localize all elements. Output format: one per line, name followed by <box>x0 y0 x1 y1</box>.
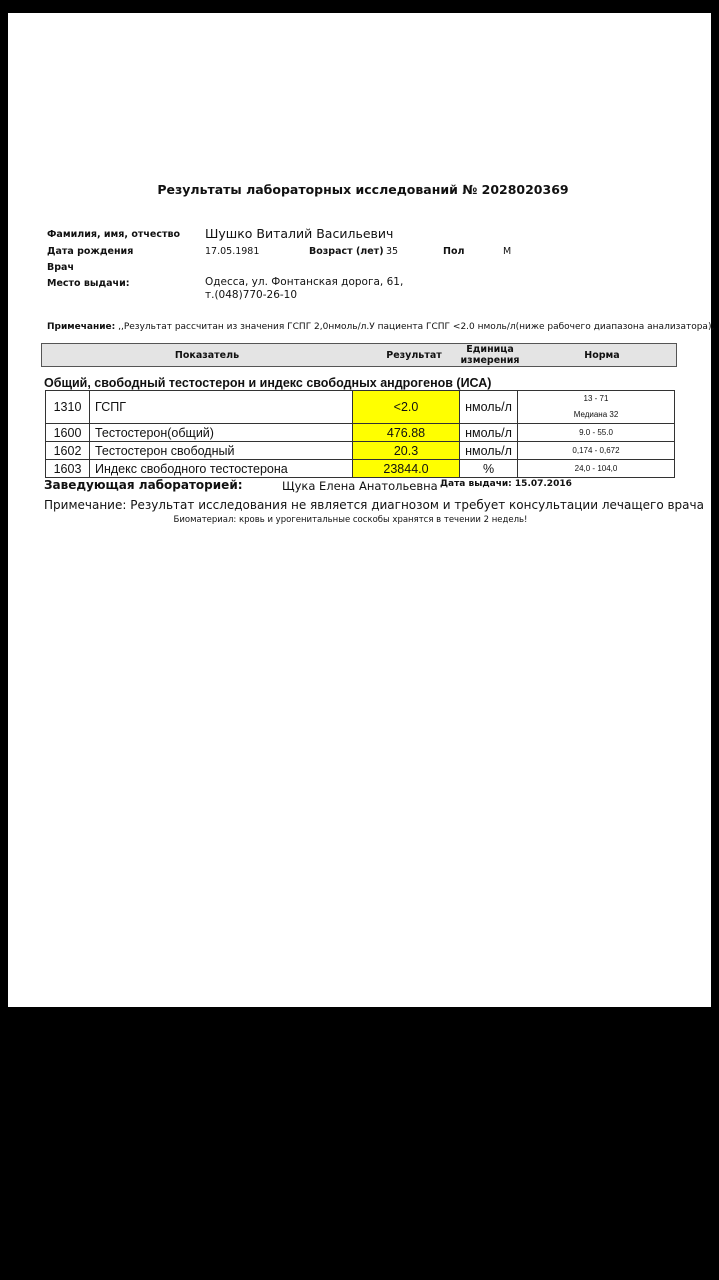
header-indicator: Показатель <box>42 350 372 361</box>
sex-label: Пол <box>443 246 464 257</box>
table-row: 1600Тестостерон(общий)476.88нмоль/л9.0 -… <box>46 424 675 442</box>
row-unit: % <box>460 460 518 478</box>
biomaterial-note: Биоматериал: кровь и урогенитальные соск… <box>8 515 693 525</box>
row-result: 476.88 <box>353 424 460 442</box>
header-unit-line-2: измерения <box>455 355 525 366</box>
row-code: 1603 <box>46 460 90 478</box>
header-norm: Норма <box>532 350 672 361</box>
row-norm-line-1: 24,0 - 104,0 <box>523 461 669 477</box>
doctor-label: Врач <box>47 262 74 273</box>
header-unit: Единица измерения <box>455 344 525 366</box>
row-norm: 9.0 - 55.0 <box>518 424 675 442</box>
row-name: Тестостерон(общий) <box>90 424 353 442</box>
row-norm: 13 - 71Медиана 32 <box>518 391 675 424</box>
header-unit-line-1: Единица <box>455 344 525 355</box>
row-norm-line-1: 13 - 71 <box>523 391 669 407</box>
calc-note: Примечание: ,,Результат рассчитан из зна… <box>47 322 714 332</box>
row-norm-line-1: 9.0 - 55.0 <box>523 425 669 441</box>
lab-head-name: Щука Елена Анатольевна <box>282 479 438 493</box>
row-name: Тестостерон свободный <box>90 442 353 460</box>
sex-value: М <box>503 246 511 257</box>
table-header: Показатель Результат Единица измерения Н… <box>41 343 677 367</box>
lab-report-page: Результаты лабораторных исследований № 2… <box>8 13 711 1007</box>
section-title: Общий, свободный тестостерон и индекс св… <box>44 376 491 390</box>
header-result: Результат <box>378 350 450 361</box>
calc-note-label: Примечание: <box>47 322 115 332</box>
issue-date-value: 15.07.2016 <box>515 479 572 489</box>
issue-date-label: Дата выдачи: <box>440 479 512 489</box>
row-result: 23844.0 <box>353 460 460 478</box>
row-name: Индекс свободного тестостерона <box>90 460 353 478</box>
table-row: 1602Тестостерон свободный20.3нмоль/л0,17… <box>46 442 675 460</box>
results-table: 1310ГСПГ<2.0нмоль/л13 - 71Медиана 321600… <box>45 390 675 478</box>
issue-date: Дата выдачи: 15.07.2016 <box>440 479 572 489</box>
row-result: <2.0 <box>353 391 460 424</box>
row-norm: 24,0 - 104,0 <box>518 460 675 478</box>
place-line-2: т.(048)770-26-10 <box>205 289 405 302</box>
place-label: Место выдачи: <box>47 278 130 289</box>
row-code: 1602 <box>46 442 90 460</box>
dob-value: 17.05.1981 <box>205 246 259 257</box>
patient-name: Шушко Виталий Васильевич <box>205 226 393 241</box>
age-value: 35 <box>386 246 398 257</box>
table-row: 1603Индекс свободного тестостерона23844.… <box>46 460 675 478</box>
age-label: Возраст (лет) <box>309 246 384 257</box>
row-norm: 0,174 - 0,672 <box>518 442 675 460</box>
row-code: 1310 <box>46 391 90 424</box>
row-norm-line-2: Медиана 32 <box>523 407 669 423</box>
row-code: 1600 <box>46 424 90 442</box>
row-name: ГСПГ <box>90 391 353 424</box>
row-unit: нмоль/л <box>460 391 518 424</box>
place-value: Одесса, ул. Фонтанская дорога, 61, т.(04… <box>205 276 405 302</box>
dob-label: Дата рождения <box>47 246 133 257</box>
row-unit: нмоль/л <box>460 442 518 460</box>
calc-note-text: ,,Результат рассчитан из значения ГСПГ 2… <box>118 322 714 332</box>
row-unit: нмоль/л <box>460 424 518 442</box>
lab-head-label: Заведующая лабораторией: <box>44 478 243 492</box>
row-norm-line-1: 0,174 - 0,672 <box>523 443 669 459</box>
place-line-1: Одесса, ул. Фонтанская дорога, 61, <box>205 276 405 289</box>
table-row: 1310ГСПГ<2.0нмоль/л13 - 71Медиана 32 <box>46 391 675 424</box>
disclaimer: Примечание: Результат исследования не яв… <box>44 498 704 512</box>
name-label: Фамилия, имя, отчество <box>47 229 180 240</box>
report-title: Результаты лабораторных исследований № 2… <box>8 182 718 197</box>
row-result: 20.3 <box>353 442 460 460</box>
